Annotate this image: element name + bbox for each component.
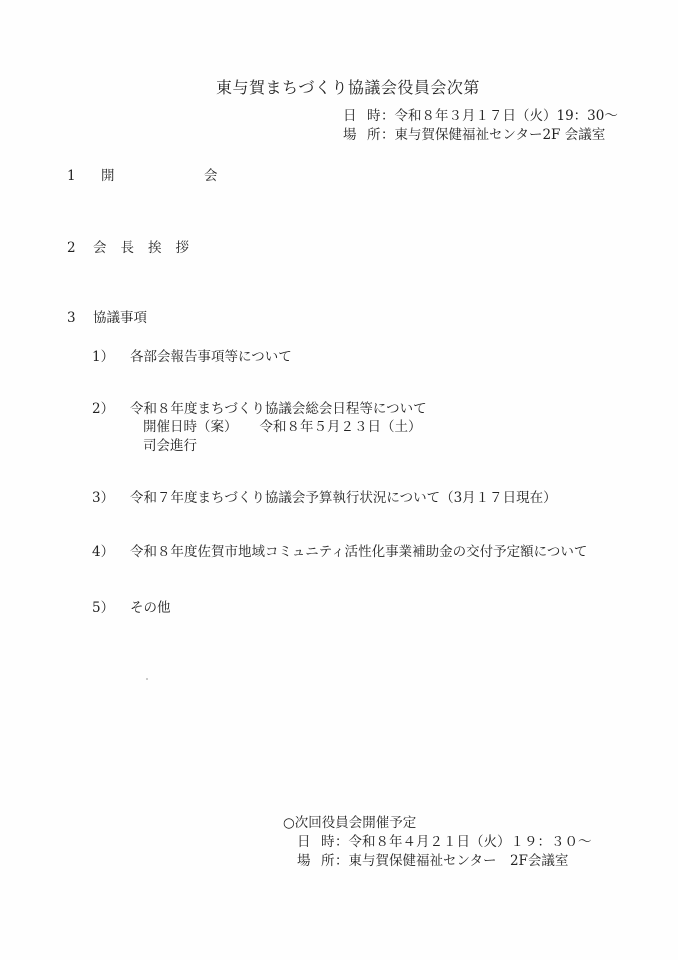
section-2: 2会長挨拶 [67, 236, 203, 256]
item-text: 各部会報告事項等について [130, 349, 292, 365]
scan-speck [146, 678, 148, 680]
meeting-date: 日時：令和８年３月１７日（火）19：30～ [343, 104, 618, 124]
detail-label: 開催日時（案） [143, 419, 238, 435]
date-value: ：令和８年３月１７日（火）19：30～ [381, 108, 618, 124]
section-label: 協議事項 [93, 310, 147, 326]
place-label-2: 所 [321, 849, 335, 869]
agenda-item-1: 1）各部会報告事項等について [92, 345, 292, 365]
detail-value: 令和８年５月２３日（土） [260, 419, 422, 435]
date-value: ：令和８年４月２１日（火）１９：３０～ [335, 834, 592, 850]
meeting-place: 場所：東与賀保健福祉センター2F 会議室 [343, 123, 605, 143]
section-1: 1開 会 [67, 164, 256, 184]
next-meeting-place: 場所：東与賀保健福祉センター 2F会議室 [297, 849, 568, 869]
section-label: 会長挨拶 [93, 240, 203, 256]
place-label-1: 場 [297, 849, 311, 869]
item-text: その他 [130, 600, 171, 616]
date-label-1: 日 [297, 830, 311, 850]
section-number: 3 [67, 310, 93, 326]
section-3: 3協議事項 [67, 306, 147, 326]
item-text: 令和８年度佐賀市地域コミュニティ活性化事業補助金の交付予定額について [130, 544, 587, 560]
agenda-item-2-detail-mc: 司会進行 [143, 434, 197, 454]
place-value: ：東与賀保健福祉センター2F 会議室 [381, 127, 605, 143]
agenda-item-2: 2）令和８年度まちづくり協議会総会日程等について [92, 397, 427, 417]
section-number: 2 [67, 240, 93, 256]
agenda-item-5: 5）その他 [92, 596, 171, 616]
date-label-2: 時 [321, 830, 335, 850]
detail-label: 司会進行 [143, 438, 197, 454]
place-label-1: 場 [343, 123, 357, 143]
place-value: ：東与賀保健福祉センター 2F会議室 [335, 853, 568, 869]
item-number: 5） [92, 596, 130, 616]
next-meeting-date: 日時：令和８年４月２１日（火）１９：３０～ [297, 830, 592, 850]
date-label-1: 日 [343, 104, 357, 124]
section-number: 1 [67, 168, 101, 184]
date-label-2: 時 [367, 104, 381, 124]
agenda-item-2-detail-date: 開催日時（案）令和８年５月２３日（土） [143, 415, 422, 435]
item-number: 1） [92, 345, 130, 365]
item-number: 4） [92, 540, 130, 560]
next-meeting-heading: ○次回役員会開催予定 [283, 811, 416, 831]
agenda-item-4: 4）令和８年度佐賀市地域コミュニティ活性化事業補助金の交付予定額について [92, 540, 587, 560]
item-number: 2） [92, 397, 130, 417]
document-title: 東与賀まちづくり協議会役員会次第 [216, 75, 480, 98]
place-label-2: 所 [367, 123, 381, 143]
section-label: 開 会 [101, 168, 256, 184]
document-page: 東与賀まちづくり協議会役員会次第 日時：令和８年３月１７日（火）19：30～ 場… [0, 0, 678, 960]
item-text: 令和７年度まちづくり協議会予算執行状況について（3月１７日現在） [130, 490, 557, 506]
item-number: 3） [92, 486, 130, 506]
agenda-item-3: 3）令和７年度まちづくり協議会予算執行状況について（3月１７日現在） [92, 486, 557, 506]
